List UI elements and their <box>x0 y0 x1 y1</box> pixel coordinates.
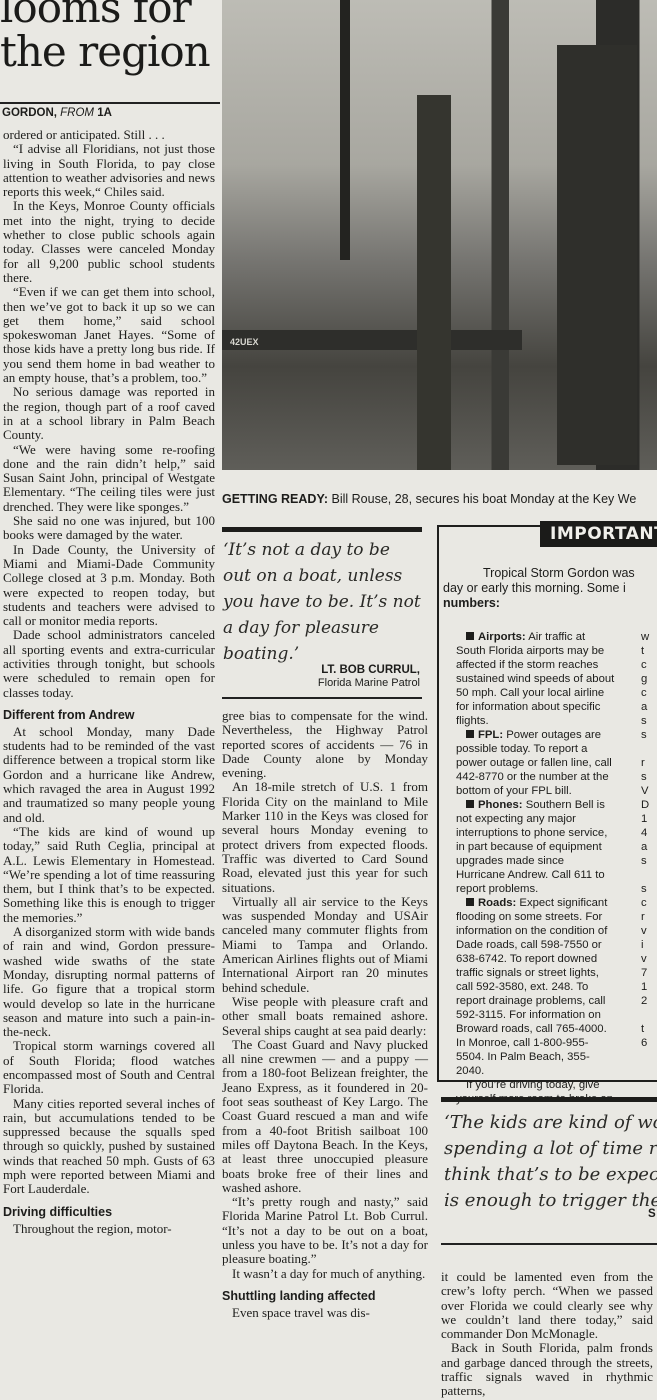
fragment: w <box>641 630 657 644</box>
pullquote2-line: is enough to trigger the r <box>444 1188 657 1214</box>
marina-photo: 42UEX <box>222 0 657 470</box>
paragraph: Dade school administrators canceled all … <box>3 628 215 699</box>
paragraph: ordered or anticipated. Still . . . <box>3 128 215 142</box>
infobox-column-2-fragment: w t c g c a s s r s V D 1 4 a s s c r v … <box>641 630 657 1050</box>
paragraph: “Even if we can get them into school, th… <box>3 285 215 385</box>
info-item-fpl: FPL: Power outages are possible today. T… <box>456 728 616 798</box>
paragraph: Back in South Florida, palm fronds and g… <box>441 1341 653 1398</box>
paragraph: At school Monday, many Dade students had… <box>3 725 215 825</box>
piling-left <box>417 95 451 470</box>
jump-page: 1A <box>97 107 112 119</box>
hull-text: 42UEX <box>230 337 270 349</box>
paragraph: Wise people with pleasure craft and othe… <box>222 995 428 1038</box>
paragraph: “It’s pretty rough and nasty,” said Flor… <box>222 1195 428 1266</box>
bullet-square-icon <box>466 632 474 640</box>
pullquote2-bottom-rule <box>441 1243 657 1245</box>
paragraph: “I advise all Floridians, not just those… <box>3 142 215 199</box>
fragment: c <box>641 658 657 672</box>
paragraph: It wasn’t a day for much of anything. <box>222 1267 428 1281</box>
photo-caption: GETTING READY: Bill Rouse, 28, secures h… <box>222 492 657 506</box>
pullquote2-line: spending a lot of time re <box>444 1136 657 1162</box>
paragraph: A disorganized storm with wide bands of … <box>3 925 215 1039</box>
fragment: D <box>641 798 657 812</box>
info-item-phones: Phones: Southern Bell is not expecting a… <box>456 798 616 896</box>
paragraph: Virtually all air service to the Keys wa… <box>222 895 428 995</box>
fragment: g <box>641 672 657 686</box>
bullet-square-icon <box>466 730 474 738</box>
fragment: 7 <box>641 966 657 980</box>
jump-from: FROM <box>60 107 94 119</box>
fragment: t <box>641 1022 657 1036</box>
jump-line: GORDON, FROM 1A <box>2 107 112 119</box>
bullet-square-icon <box>466 800 474 808</box>
fragment: s <box>641 854 657 868</box>
intro-line-2: day or early this morning. Some i <box>443 581 657 596</box>
pullquote-attribution: LT. BOB CURRUL, Florida Marine Patrol <box>222 664 420 690</box>
paragraph: “We were having some re-roofing done and… <box>3 443 215 514</box>
fragment <box>641 742 657 756</box>
paragraph: In Dade County, the University of Miami … <box>3 543 215 629</box>
subhead-driving-difficulties: Driving difficulties <box>3 1205 215 1220</box>
pullquote2-line: think that’s to be expecte <box>444 1162 657 1188</box>
headline: looms for the region <box>0 0 220 74</box>
headline-rule <box>0 102 220 104</box>
fragment: t <box>641 644 657 658</box>
infobox-intro: Tropical Storm Gordon was day or early t… <box>443 566 657 611</box>
infobox-list: Airports: Air traffic at South Florida a… <box>456 630 616 1106</box>
pullquote-bottom-rule <box>222 697 422 699</box>
fragment: 2 <box>641 994 657 1008</box>
intro-line-3: numbers: <box>443 596 657 611</box>
fragment: i <box>641 938 657 952</box>
piling-right <box>557 45 637 465</box>
caption-text: Bill Rouse, 28, secures his boat Monday … <box>328 492 636 506</box>
mast-shape <box>340 0 350 260</box>
fragment: r <box>641 756 657 770</box>
fragment: s <box>641 728 657 742</box>
attribution-name: LT. BOB CURRUL, <box>222 664 420 677</box>
paragraph: Throughout the region, motor- <box>3 1222 215 1236</box>
fragment: v <box>641 924 657 938</box>
fragment: a <box>641 840 657 854</box>
article-column-2: gree bias to compensate for the wind. Ne… <box>222 709 428 1320</box>
pullquote2-top-rule <box>441 1097 657 1102</box>
pullquote-top-rule <box>222 527 422 532</box>
fragment: 4 <box>641 826 657 840</box>
pullquote-currul: ‘It’s not a day to be out on a boat, unl… <box>223 537 421 667</box>
fragment: s <box>641 714 657 728</box>
paragraph: “The kids are kind of wound up today,” s… <box>3 825 215 925</box>
fragment: 1 <box>641 812 657 826</box>
bullet-square-icon <box>466 898 474 906</box>
paragraph: Even space travel was dis- <box>222 1306 428 1320</box>
pullquote2-line: ‘The kids are kind of wo <box>444 1110 657 1136</box>
article-column-3: it could be lamented even from the crew’… <box>441 1270 653 1399</box>
caption-label: GETTING READY: <box>222 492 328 506</box>
fragment: s <box>641 882 657 896</box>
paragraph: The Coast Guard and Navy plucked all nin… <box>222 1038 428 1195</box>
fragment: s <box>641 770 657 784</box>
paragraph: Tropical storm warnings covered all of S… <box>3 1039 215 1096</box>
article-column-1: ordered or anticipated. Still . . . “I a… <box>3 128 215 1236</box>
paragraph: gree bias to compensate for the wind. Ne… <box>222 709 428 780</box>
fragment: 1 <box>641 980 657 994</box>
fragment: c <box>641 896 657 910</box>
fragment: c <box>641 686 657 700</box>
intro-line-1: Tropical Storm Gordon was <box>443 566 657 581</box>
fragment: 6 <box>641 1036 657 1050</box>
pullquote2-attribution: S <box>648 1208 656 1220</box>
fragment <box>641 868 657 882</box>
subhead-shuttle-landing: Shuttling landing affected <box>222 1289 428 1304</box>
fragment: v <box>641 952 657 966</box>
headline-line-1: looms for <box>0 0 220 30</box>
attribution-title: Florida Marine Patrol <box>222 677 420 690</box>
paragraph: Many cities reported several inches of r… <box>3 1097 215 1197</box>
jump-slug: GORDON, <box>2 107 57 119</box>
paragraph: it could be lamented even from the crew’… <box>441 1270 653 1341</box>
pullquote-ceglia: ‘The kids are kind of wo spending a lot … <box>444 1110 657 1214</box>
subhead-different-from-andrew: Different from Andrew <box>3 708 215 723</box>
fragment <box>641 1008 657 1022</box>
paragraph: She said no one was injured, but 100 boo… <box>3 514 215 543</box>
headline-line-2: the region <box>0 30 220 74</box>
fragment: a <box>641 700 657 714</box>
info-item-roads: Roads: Expect significant flooding on so… <box>456 896 616 1078</box>
paragraph: In the Keys, Monroe County officials met… <box>3 199 215 285</box>
paragraph: An 18-mile stretch of U.S. 1 from Florid… <box>222 780 428 894</box>
info-item-airports: Airports: Air traffic at South Florida a… <box>456 630 616 728</box>
fragment: V <box>641 784 657 798</box>
paragraph: No serious damage was reported in the re… <box>3 385 215 442</box>
infobox-title: IMPORTANT <box>540 521 657 547</box>
fragment: r <box>641 910 657 924</box>
